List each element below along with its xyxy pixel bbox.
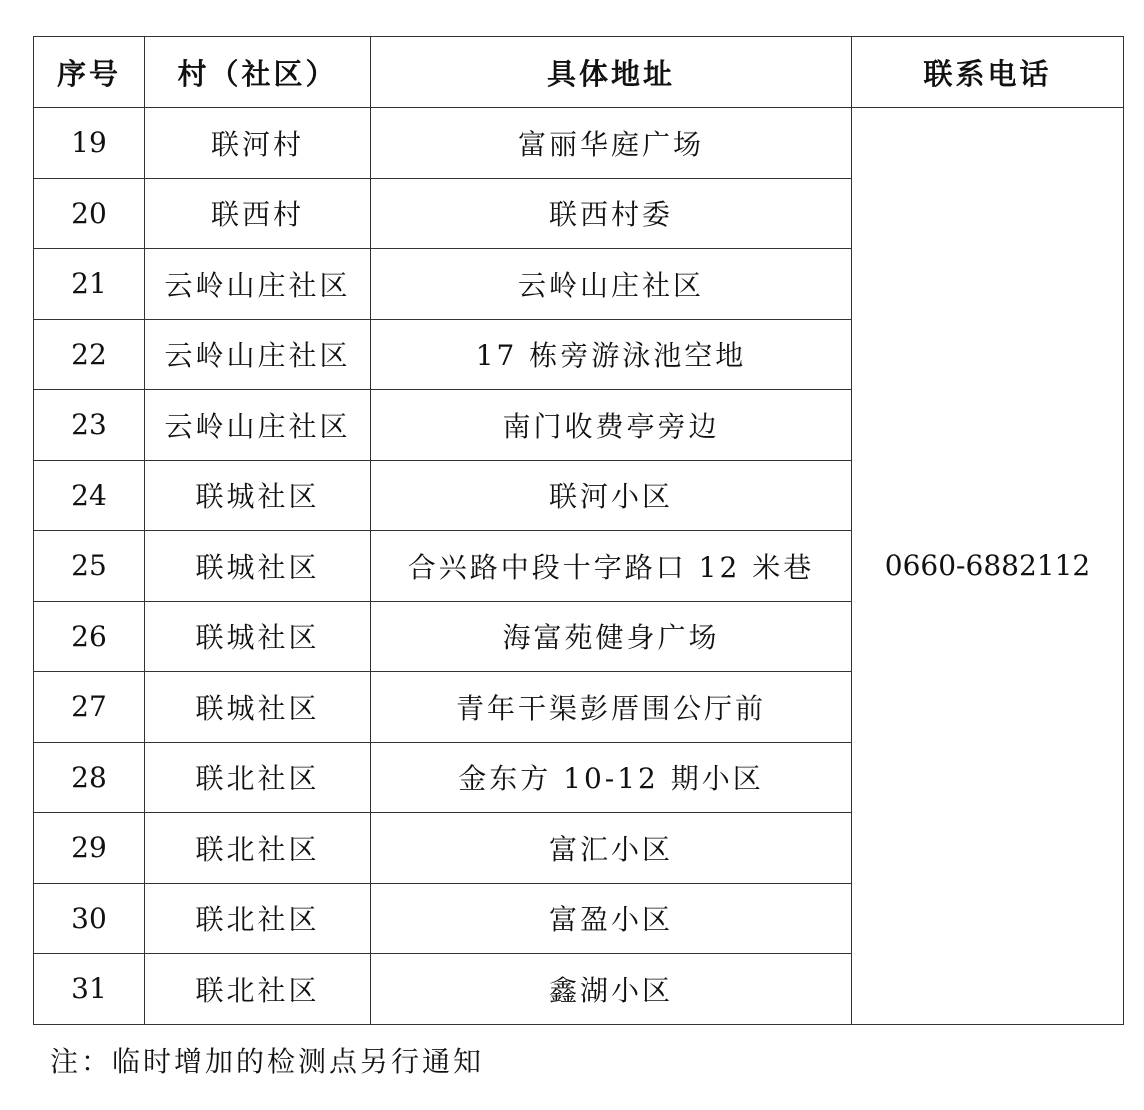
cell-index: 20 <box>34 178 145 249</box>
cell-village: 云岭山庄社区 <box>145 390 371 461</box>
cell-village: 联北社区 <box>145 813 371 884</box>
cell-index: 28 <box>34 742 145 813</box>
cell-index: 23 <box>34 390 145 461</box>
cell-address: 合兴路中段十字路口 12 米巷 <box>371 531 852 602</box>
cell-village: 联北社区 <box>145 954 371 1025</box>
cell-address: 金东方 10-12 期小区 <box>371 742 852 813</box>
cell-address: 富丽华庭广场 <box>371 108 852 179</box>
header-index: 序号 <box>34 37 145 108</box>
cell-village: 联河村 <box>145 108 371 179</box>
cell-address: 富盈小区 <box>371 883 852 954</box>
cell-village: 云岭山庄社区 <box>145 319 371 390</box>
cell-address: 海富苑健身广场 <box>371 601 852 672</box>
table-row: 19 联河村 富丽华庭广场 0660-6882112 <box>34 108 1124 179</box>
footnote: 注：临时增加的检测点另行通知 <box>50 1040 484 1080</box>
cell-village: 联城社区 <box>145 672 371 743</box>
table-header-row: 序号 村（社区） 具体地址 联系电话 <box>34 37 1124 108</box>
testing-sites-table: 序号 村（社区） 具体地址 联系电话 19 联河村 富丽华庭广场 0660-68… <box>33 36 1124 1025</box>
cell-index: 25 <box>34 531 145 602</box>
cell-village: 联北社区 <box>145 742 371 813</box>
cell-index: 29 <box>34 813 145 884</box>
cell-address: 南门收费亭旁边 <box>371 390 852 461</box>
cell-village: 联北社区 <box>145 883 371 954</box>
cell-phone: 0660-6882112 <box>852 108 1124 1025</box>
cell-index: 22 <box>34 319 145 390</box>
cell-index: 21 <box>34 249 145 320</box>
testing-sites-table-container: 序号 村（社区） 具体地址 联系电话 19 联河村 富丽华庭广场 0660-68… <box>33 36 1123 1025</box>
cell-index: 30 <box>34 883 145 954</box>
cell-address: 联西村委 <box>371 178 852 249</box>
cell-address: 青年干渠彭厝围公厅前 <box>371 672 852 743</box>
cell-address: 联河小区 <box>371 460 852 531</box>
cell-index: 27 <box>34 672 145 743</box>
cell-village: 联西村 <box>145 178 371 249</box>
cell-address: 云岭山庄社区 <box>371 249 852 320</box>
cell-address: 鑫湖小区 <box>371 954 852 1025</box>
cell-index: 31 <box>34 954 145 1025</box>
cell-index: 24 <box>34 460 145 531</box>
header-address: 具体地址 <box>371 37 852 108</box>
cell-index: 26 <box>34 601 145 672</box>
cell-address: 17 栋旁游泳池空地 <box>371 319 852 390</box>
header-phone: 联系电话 <box>852 37 1124 108</box>
cell-address: 富汇小区 <box>371 813 852 884</box>
cell-index: 19 <box>34 108 145 179</box>
cell-village: 联城社区 <box>145 601 371 672</box>
cell-village: 云岭山庄社区 <box>145 249 371 320</box>
cell-village: 联城社区 <box>145 531 371 602</box>
cell-village: 联城社区 <box>145 460 371 531</box>
header-village: 村（社区） <box>145 37 371 108</box>
